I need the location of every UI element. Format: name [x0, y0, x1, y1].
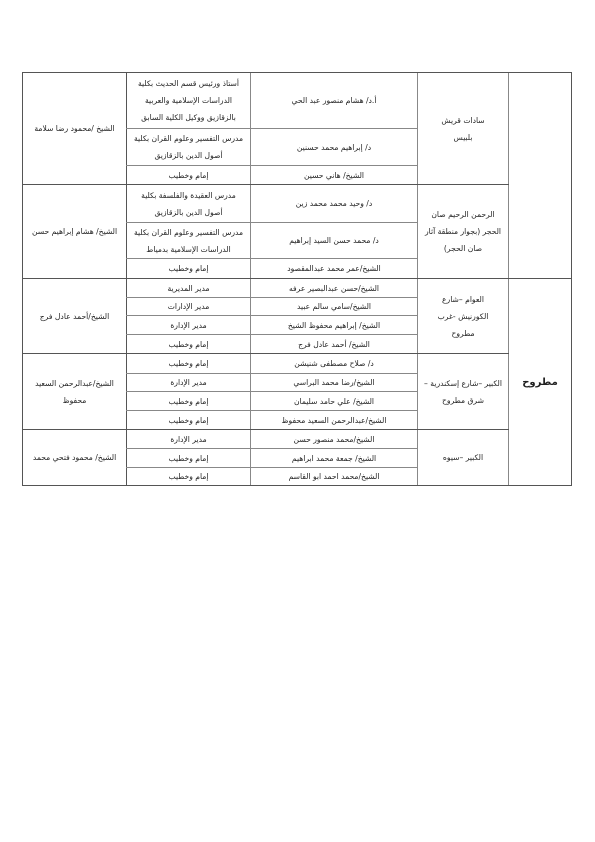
- role-cell: مدرس التفسير وعلوم القران بكلية أصول الد…: [127, 129, 250, 165]
- role-cell: إمام وخطيب: [127, 166, 250, 184]
- role-cell: مدير الإدارة: [127, 430, 250, 448]
- name-cell: د/ محمد حسن السيد إبراهيم: [251, 223, 417, 258]
- name-cell: الشيخ/ علي حامد سليمان: [251, 392, 417, 410]
- document-page: الشيخ /محمود رضا سلامة أستاذ ورئيس قسم ا…: [0, 0, 595, 842]
- name-cell: الشيخ/ إبراهيم محفوظ الشيخ: [251, 316, 417, 334]
- role-cell: إمام وخطيب: [127, 411, 250, 429]
- name-cell: الشيخ/حسن عبدالبصير عرفه: [251, 279, 417, 297]
- name-cell: الشيخ/رضا محمد البراسي: [251, 374, 417, 391]
- supervisor-cell: الشيخ/ هشام إبراهيم حسن: [23, 185, 126, 278]
- name-cell: د/ إبراهيم محمد حسنين: [251, 129, 417, 165]
- role-cell: إمام وخطيب: [127, 392, 250, 410]
- supervisor-cell: الشيخ/ محمود فتحي محمد: [23, 430, 126, 485]
- name-cell: الشيخ/ أحمد عادل فرج: [251, 335, 417, 353]
- name-cell: الشيخ/محمد منصور حسن: [251, 430, 417, 448]
- role-cell: إمام وخطيب: [127, 354, 250, 373]
- location-cell: سادات قريش بلبيس: [418, 73, 508, 184]
- role-cell: إمام وخطيب: [127, 449, 250, 467]
- location-cell: العوام –شارع الكورنيش -غرب مطروح: [418, 279, 508, 353]
- role-cell: أستاذ ورئيس قسم الحديث بكلية الدراسات ال…: [127, 73, 250, 128]
- supervisor-cell: الشيخ/أحمد عادل فرج: [23, 279, 126, 353]
- role-cell: مدير الإدارة: [127, 374, 250, 391]
- role-cell: إمام وخطيب: [127, 259, 250, 278]
- assignments-table: الشيخ /محمود رضا سلامة أستاذ ورئيس قسم ا…: [22, 72, 572, 486]
- name-cell: الشيخ/ جمعة محمد ابراهيم: [251, 449, 417, 467]
- name-cell: د/ وحيد محمد محمد زين: [251, 185, 417, 222]
- role-cell: مدير الإدارات: [127, 298, 250, 315]
- city-cell: مطروح: [509, 279, 571, 485]
- name-cell: الشيخ/ هاني حسين: [251, 166, 417, 184]
- name-cell: د/ صلاح مصطفى شنيشن: [251, 354, 417, 373]
- role-cell: مدرس العقيدة والفلسفة بكلية أصول الدين ب…: [127, 185, 250, 222]
- role-cell: مدير المديرية: [127, 279, 250, 297]
- name-cell: الشيخ/عبدالرحمن السعيد محفوظ: [251, 411, 417, 429]
- location-cell: الرحمن الرحيم صان الحجر (بجوار منطقة آثا…: [418, 185, 508, 278]
- location-cell: الكبير –شارع إسكندرية –شرق مطروح: [418, 354, 508, 429]
- supervisor-cell: الشيخ/عبدالرحمن السعيد محفوظ: [23, 354, 126, 429]
- role-cell: إمام وخطيب: [127, 335, 250, 353]
- location-cell: الكبير –سيوه: [418, 430, 508, 485]
- role-cell: مدير الإدارة: [127, 316, 250, 334]
- role-cell: مدرس التفسير وعلوم القران بكلية الدراسات…: [127, 223, 250, 258]
- role-cell: إمام وخطيب: [127, 468, 250, 485]
- name-cell: الشيخ/سامي سالم عبيد: [251, 298, 417, 315]
- name-cell: الشيخ/عمر محمد عبدالمقصود: [251, 259, 417, 278]
- supervisor-cell: الشيخ /محمود رضا سلامة: [23, 73, 126, 184]
- name-cell: أ.د/ هشام منصور عبد الحي: [251, 73, 417, 128]
- name-cell: الشيخ/محمد احمد ابو القاسم: [251, 468, 417, 485]
